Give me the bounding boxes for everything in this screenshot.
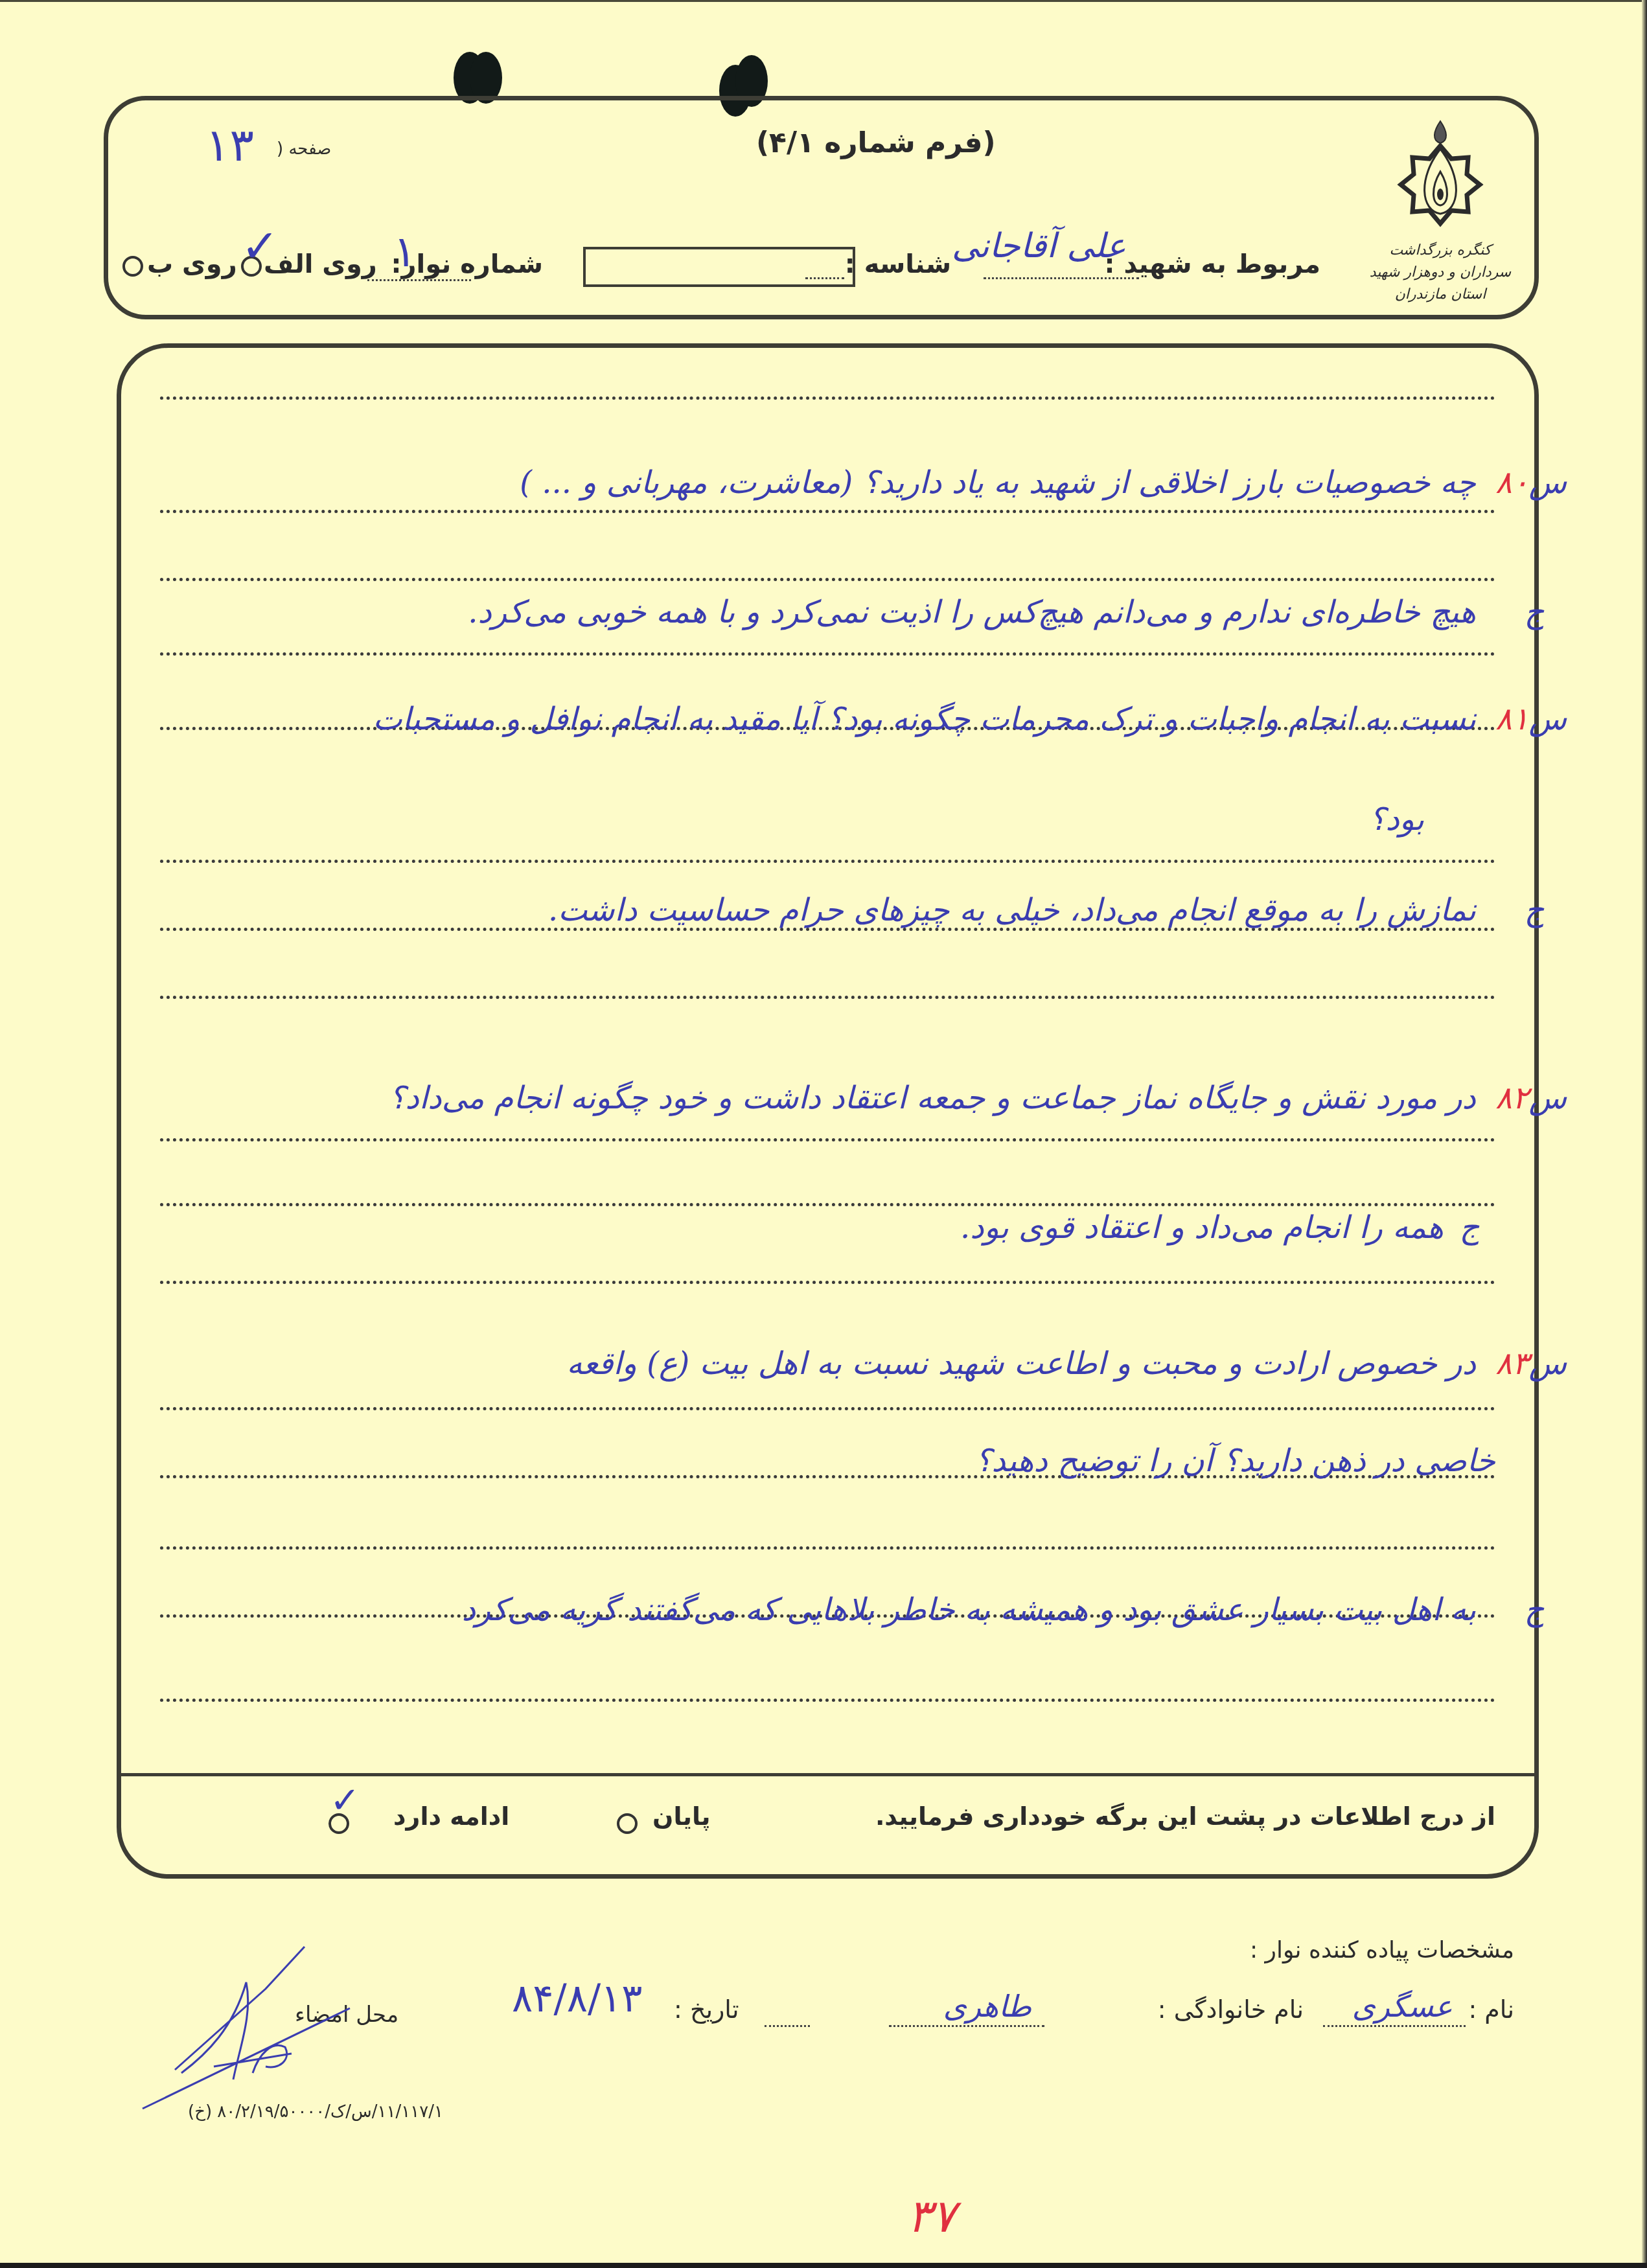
ruled-line [160,996,1495,999]
question-marker: س۸۲ [1495,1080,1573,1116]
date-label: تاریخ : [674,1995,739,2024]
page-number[interactable]: ۱۳ [205,119,254,172]
date-field[interactable]: ۸۴/۸/۱۳ [512,1976,643,2021]
sheet-number: ۳۷ [907,2190,956,2243]
ruled-line [160,1546,1495,1550]
ruled-line [160,1138,1495,1141]
martyr-name-line [984,277,1139,279]
end-label: پایان [652,1802,711,1831]
ruled-line [160,1281,1495,1284]
question-continuation: خاصی در ذهن دارید؟ آن را توضیح دهید؟ [147,1443,1495,1479]
last-name-line [889,2024,1044,2027]
answer-marker: ج [1495,594,1573,630]
ruled-line [160,860,1495,863]
date-line [765,2024,810,2027]
checkmark-icon: ✓ [241,223,279,269]
star-drop-emblem-icon [1392,120,1489,236]
answer-text: ج به اهل بیت بسیار عشق بود و همیشه به خا… [147,1592,1476,1628]
answer-text: ج همه را انجام می‌داد و اعتقاد قوی بود. [147,1209,1444,1246]
extractor-title: مشخصات پیاده کننده نوار : [1250,1937,1514,1964]
header-box: کنگره بزرگداشت سرداران و دوهزار شهید است… [104,96,1539,319]
answer-marker: ج [1495,1592,1573,1628]
first-name-field[interactable]: عسگری [1352,1989,1453,2024]
question-marker: س۸۱ [1495,701,1573,737]
ruled-line [160,1203,1495,1206]
answer-marker: ج [1431,1209,1508,1246]
signature-scribble [136,1943,408,2118]
paper-edge-bottom [0,2263,1647,2268]
id-field[interactable] [583,247,855,287]
question-marker: س۸۰ [1495,464,1573,501]
back-page-note: از درج اطلاعات در پشت این برگه خودداری ف… [875,1802,1495,1831]
ruled-line [160,510,1495,513]
side-b-radio[interactable] [122,256,143,277]
side-a-label: روی الف [264,249,377,279]
ruled-line [160,578,1495,581]
organization-line2: استان مازندران [1366,284,1515,306]
ruled-line [160,1407,1495,1410]
page-label: صفحه ( [277,139,331,159]
first-name-line [1323,2024,1466,2027]
id-label: شناسه : [845,249,951,279]
continue-label: ادامه دارد [393,1802,509,1831]
first-name-label: نام : [1468,1995,1514,2024]
answer-text: ج نمازش را به موقع انجام می‌داد، خیلی به… [147,892,1476,928]
paper-edge-top [0,0,1647,2]
question-text: س۸۰ چه خصوصیات بارز اخلاقی از شهید به یا… [147,464,1476,501]
tape-number-line [367,279,471,281]
martyr-name-field[interactable]: علی آقاجانی [952,227,1126,266]
question-text: س۸۲ در مورد نقش و جایگاه نماز جماعت و جم… [147,1080,1476,1116]
transcript-box: س۸۰ چه خصوصیات بارز اخلاقی از شهید به یا… [117,343,1539,1879]
last-name-field[interactable]: طاهری [943,1989,1031,2024]
ruled-line [160,1699,1495,1702]
question-text: س۸۱ نسبت به انجام واجبات و ترک محرمات چگ… [147,701,1476,737]
form-title: (فرم شماره ۴/۱) [756,126,996,159]
checkmark-icon: ✓ [330,1783,360,1819]
tape-number-field[interactable]: ۱ [393,227,416,277]
footer-divider [121,1773,1534,1776]
paper-edge-right [1642,0,1647,2268]
martyr-label: مربوط به شهید : [1104,249,1320,279]
answer-marker: ج [1495,892,1573,928]
ruled-line [160,652,1495,656]
side-b-label: روی ب [147,249,237,279]
question-continuation: بود؟ [147,801,1424,838]
answer-text: ج هیچ خاطره‌ای ندارم و می‌دانم هیچ‌کس را… [147,594,1476,630]
question-text: س۸۳ در خصوص ارادت و محبت و اطاعت شهید نس… [147,1346,1476,1382]
question-marker: س۸۳ [1495,1346,1573,1382]
end-radio[interactable] [617,1813,638,1834]
organization-caption: کنگره بزرگداشت سرداران و دوهزار شهید است… [1366,240,1515,306]
form-code: ۱۱/۱۱۷/۱/س/ک/۸۰/۲/۱۹/۵۰۰۰۰ (خ) [188,2102,443,2122]
organization-line1: کنگره بزرگداشت سرداران و دوهزار شهید [1366,240,1515,284]
last-name-label: نام خانوادگی : [1158,1995,1304,2024]
ruled-line [160,396,1495,400]
